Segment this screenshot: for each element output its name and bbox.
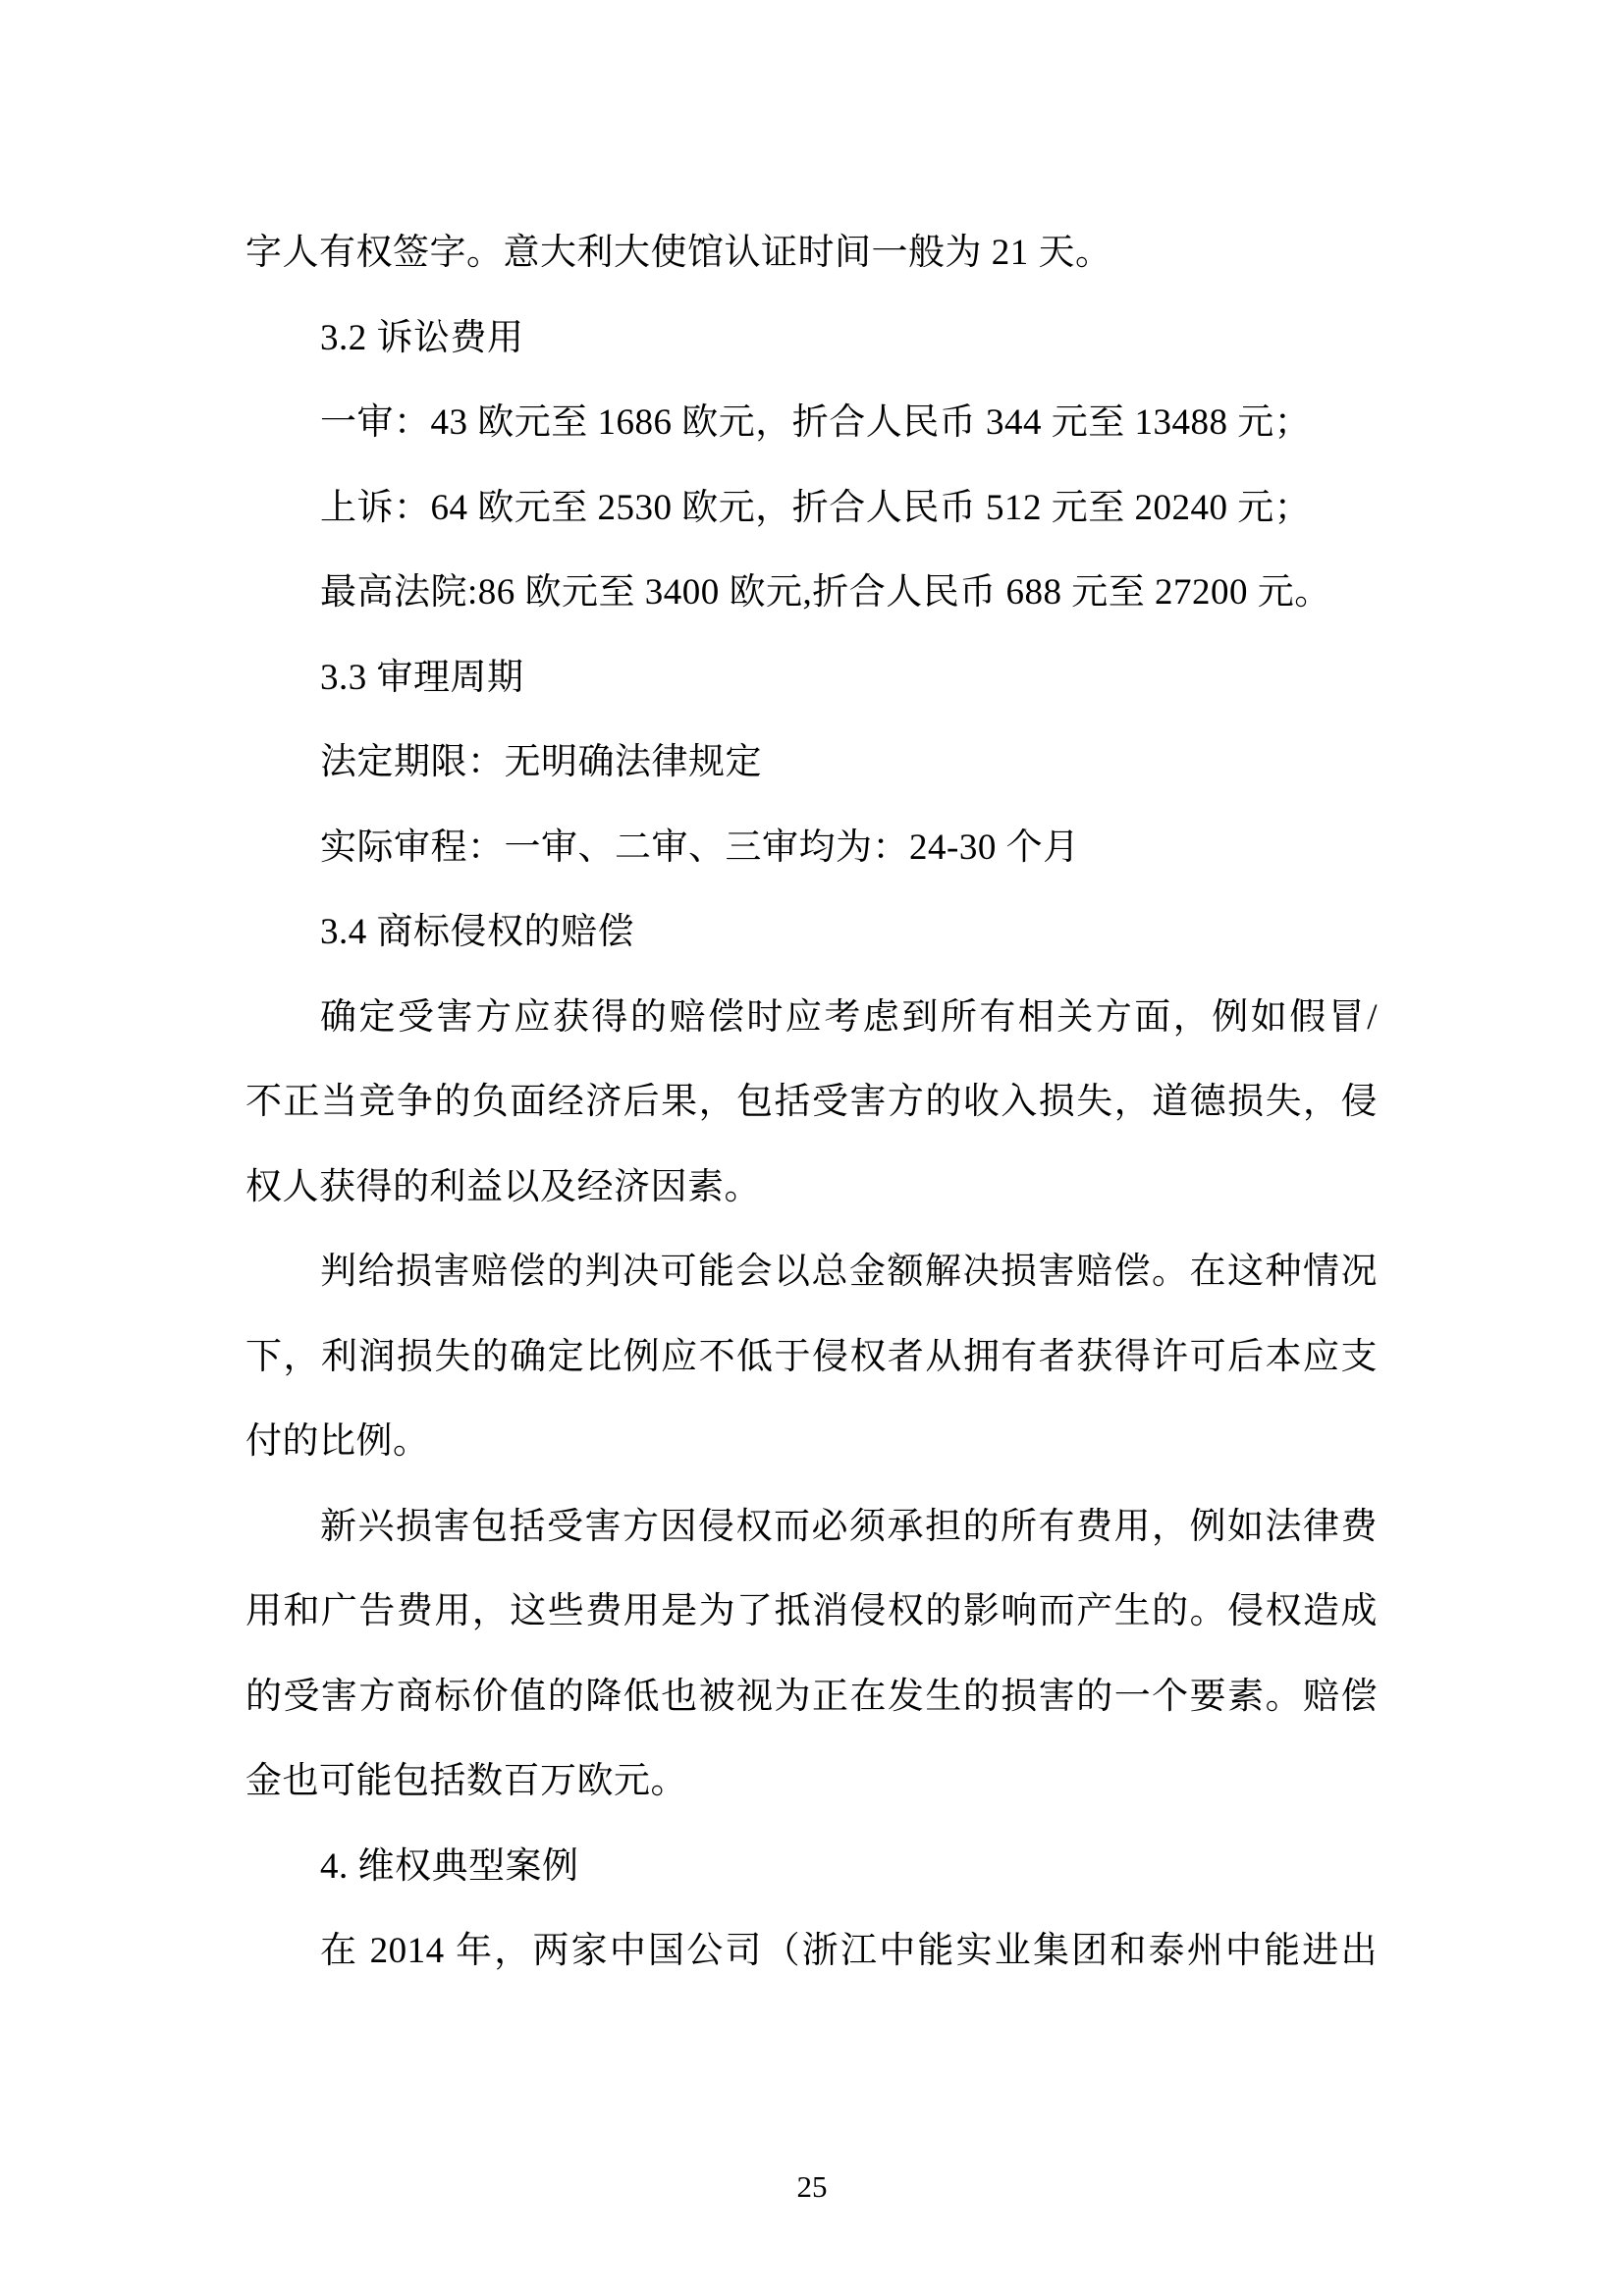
- section-heading: 3.4 商标侵权的赔偿: [245, 890, 1378, 976]
- text-line: 实际审程：一审、二审、三审均为：24-30 个月: [245, 806, 1378, 891]
- section-heading: 3.3 审理周期: [245, 636, 1378, 721]
- text-line: 用和广告费用，这些费用是为了抵消侵权的影响而产生的。侵权造成: [245, 1570, 1378, 1655]
- text-line: 判给损害赔偿的判决可能会以总金额解决损害赔偿。在这种情况: [245, 1230, 1378, 1315]
- text-line: 不正当竞争的负面经济后果，包括受害方的收入损失，道德损失，侵: [245, 1060, 1378, 1146]
- text-line: 法定期限：无明确法律规定: [245, 721, 1378, 806]
- text-line: 一审：43 欧元至 1686 欧元，折合人民币 344 元至 13488 元；: [245, 381, 1378, 466]
- document-page: 字人有权签字。意大利大使馆认证时间一般为 21 天。 3.2 诉讼费用 一审：4…: [0, 0, 1624, 2296]
- text-line: 上诉：64 欧元至 2530 欧元，折合人民币 512 元至 20240 元；: [245, 466, 1378, 552]
- document-body-text: 字人有权签字。意大利大使馆认证时间一般为 21 天。 3.2 诉讼费用 一审：4…: [245, 211, 1378, 1995]
- text-line: 在 2014 年，两家中国公司（浙江中能实业集团和泰州中能进出: [245, 1909, 1378, 1995]
- text-line: 确定受害方应获得的赔偿时应考虑到所有相关方面，例如假冒/: [245, 976, 1378, 1061]
- text-line: 下，利润损失的确定比例应不低于侵权者从拥有者获得许可后本应支: [245, 1315, 1378, 1401]
- text-line: 新兴损害包括受害方因侵权而必须承担的所有费用，例如法律费: [245, 1485, 1378, 1571]
- page-number: 25: [0, 2167, 1624, 2207]
- text-line: 最高法院:86 欧元至 3400 欧元,折合人民币 688 元至 27200 元…: [245, 551, 1378, 636]
- text-line: 的受害方商标价值的降低也被视为正在发生的损害的一个要素。赔偿: [245, 1655, 1378, 1740]
- section-heading: 3.2 诉讼费用: [245, 296, 1378, 382]
- text-line: 付的比例。: [245, 1400, 1378, 1485]
- section-heading: 4. 维权典型案例: [245, 1825, 1378, 1910]
- text-line: 字人有权签字。意大利大使馆认证时间一般为 21 天。: [245, 211, 1378, 296]
- text-line: 金也可能包括数百万欧元。: [245, 1739, 1378, 1825]
- text-line: 权人获得的利益以及经济因素。: [245, 1146, 1378, 1231]
